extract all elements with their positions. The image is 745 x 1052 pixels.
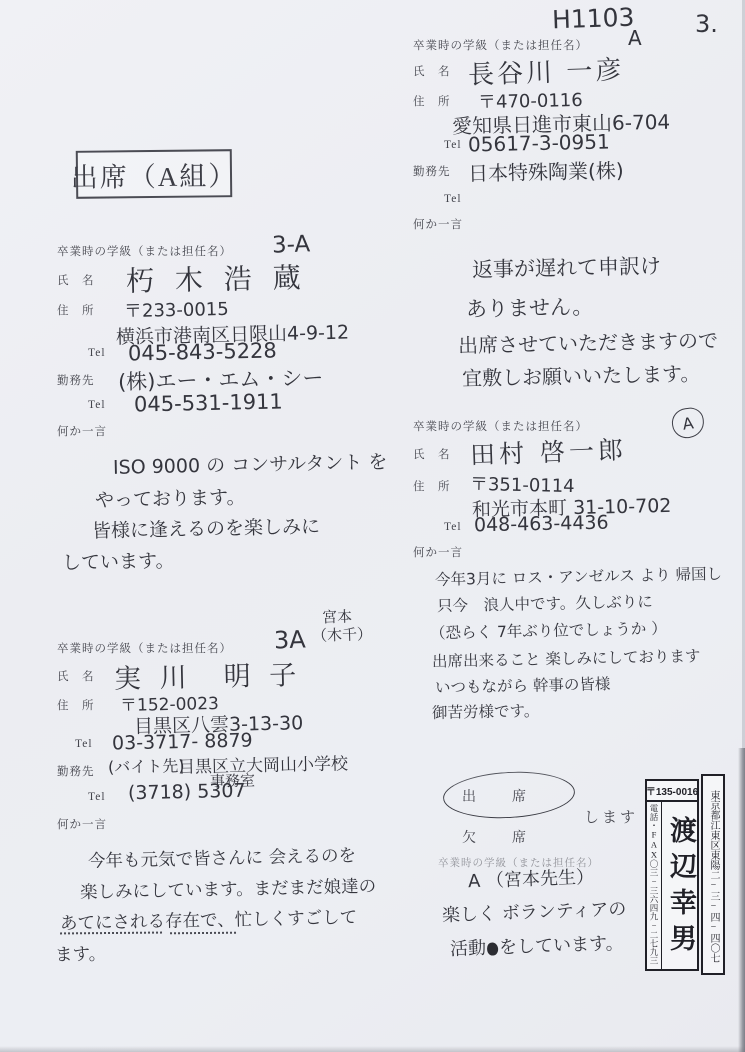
tel-label: Tel — [444, 521, 462, 533]
class-label: 卒業時の学級（または担任名） — [57, 640, 232, 656]
class-label: 卒業時の学級（または担任名） — [57, 243, 232, 259]
page-number: 3. — [695, 10, 718, 38]
note-line-post: をしています。 — [499, 933, 624, 958]
class-value-handwritten: 3-A — [272, 231, 311, 258]
class-value-handwritten: 3A — [274, 625, 307, 654]
workplace-prefix-handwritten: (バイト先) — [108, 753, 185, 778]
name-value-handwritten: 長谷川 一彦 — [467, 49, 624, 91]
stamp-postal-code: 〒135-0016 — [647, 781, 697, 802]
tel-value-handwritten: 045-843-5228 — [128, 338, 277, 365]
comment-line: ありません。 — [466, 291, 594, 324]
comment-line: 出席出来ること 楽しみにしております — [432, 644, 701, 672]
tel-label: Tel — [444, 193, 462, 205]
comment-line: 今年も元気で皆さんに 会えるのを — [88, 842, 357, 873]
workplace-label: 勤務先 — [413, 163, 451, 179]
tel-label: Tel — [75, 738, 93, 750]
comment-line: 御苦労様です。 — [432, 699, 540, 723]
name-label: 氏 名 — [57, 668, 95, 684]
workplace-value-handwritten: 日本特殊陶業(株) — [468, 154, 624, 186]
corner-class-handwritten: A — [628, 26, 642, 50]
tel-value-handwritten: 048-463-4436 — [474, 512, 609, 537]
tel-value-handwritten: 05617-3-0951 — [468, 130, 610, 157]
class-note-handwritten: （木千） — [312, 623, 373, 646]
name-label: 氏 名 — [413, 63, 451, 79]
comment-line: 只今 浪人中です。久しぶりに — [437, 590, 653, 617]
name-value-handwritten: 田村 啓一郎 — [469, 430, 627, 471]
tel-label: Tel — [444, 139, 462, 151]
stamp-address-vertical: 東京都江東区東陽二−三−四−四〇七 — [701, 774, 725, 975]
comment-line: やっております。 — [95, 482, 246, 512]
comment-label: 何か一言 — [57, 816, 107, 832]
name-label: 氏 名 — [57, 272, 95, 288]
tel-label: Tel — [88, 347, 106, 359]
comment-label: 何か一言 — [413, 216, 463, 232]
workplace-value-handwritten: 目黒区立大岡山小学校 — [178, 749, 348, 778]
address-stamp: 〒135-0016 電話・FAX〇三−三六四九−二七九三 渡辺幸男 東京都江東区… — [645, 779, 725, 975]
stamp-left-box: 〒135-0016 電話・FAX〇三−三六四九−二七九三 渡辺幸男 — [645, 779, 699, 971]
workplace-tel-handwritten: (3718) 5307 — [128, 780, 246, 804]
comment-line: ます。 — [55, 940, 107, 966]
address-label: 住 所 — [57, 697, 95, 713]
comment-line: 宜敷しお願いいたします。 — [462, 358, 701, 392]
name-label: 氏 名 — [413, 446, 451, 462]
scan-bottom-shadow — [0, 1046, 745, 1052]
note-line-handwritten: 楽しく ボランティアの — [442, 895, 627, 927]
address-label: 住 所 — [413, 93, 451, 109]
workplace-label: 勤務先 — [57, 763, 95, 779]
scribble-blot — [487, 942, 498, 955]
note-line-pre: 活動 — [450, 938, 487, 960]
stamp-phone-fax-vertical: 電話・FAX〇三−三六四九−二七九三 — [647, 802, 662, 969]
workplace-label: 勤務先 — [57, 372, 95, 388]
class-value-circled: A — [670, 406, 706, 440]
note-line-handwritten: 活動をしています。 — [450, 929, 624, 961]
comment-line: 出席させていただきますので — [458, 324, 719, 358]
attend-circle-mark — [442, 769, 576, 822]
postal-code-handwritten: 〒233-0015 — [124, 295, 229, 323]
comment-line: 今年3月に ロス・アンゼルス より 帰国し — [435, 562, 722, 590]
comment-line: しています。 — [62, 546, 175, 575]
comment-line: （恐らく 7年ぶり位でしょうか ） — [430, 617, 667, 644]
corner-note-handwritten: H1103 — [552, 3, 635, 35]
comment-label: 何か一言 — [57, 423, 107, 439]
comment-line: いつもながら 幹事の皆様 — [435, 672, 611, 698]
name-value-handwritten: 朽 木 浩 蔵 — [126, 256, 308, 300]
tel-label: Tel — [88, 399, 106, 411]
attendance-group-header-box: 出席（A組） — [76, 149, 232, 199]
wavy-underline — [170, 928, 236, 935]
tel-label: Tel — [88, 791, 106, 803]
comment-line: 楽しみにしています。まだまだ娘達の — [80, 873, 377, 904]
comment-line: 返事が遅れて申訳け — [472, 250, 662, 284]
address-label: 住 所 — [57, 302, 95, 318]
comment-label: 何か一言 — [413, 544, 463, 560]
note-line-handwritten: A （宮本先生） — [468, 863, 595, 893]
scanned-document-page: H1103 A 3. 出席（A組） 卒業時の学級（または担任名） 3-A 氏 名… — [0, 0, 745, 1052]
stamp-name-vertical: 渡辺幸男 — [662, 802, 701, 969]
attend-suffix: します — [584, 806, 638, 827]
absent-option: 欠席 — [462, 827, 562, 847]
address-label: 住 所 — [413, 478, 451, 494]
workplace-tel-handwritten: 045-531-1911 — [134, 389, 283, 416]
comment-line: ISO 9000 の コンサルタント を — [113, 447, 388, 480]
comment-line: 皆様に逢えるのを楽しみに — [92, 512, 321, 544]
wavy-underline — [60, 928, 162, 935]
